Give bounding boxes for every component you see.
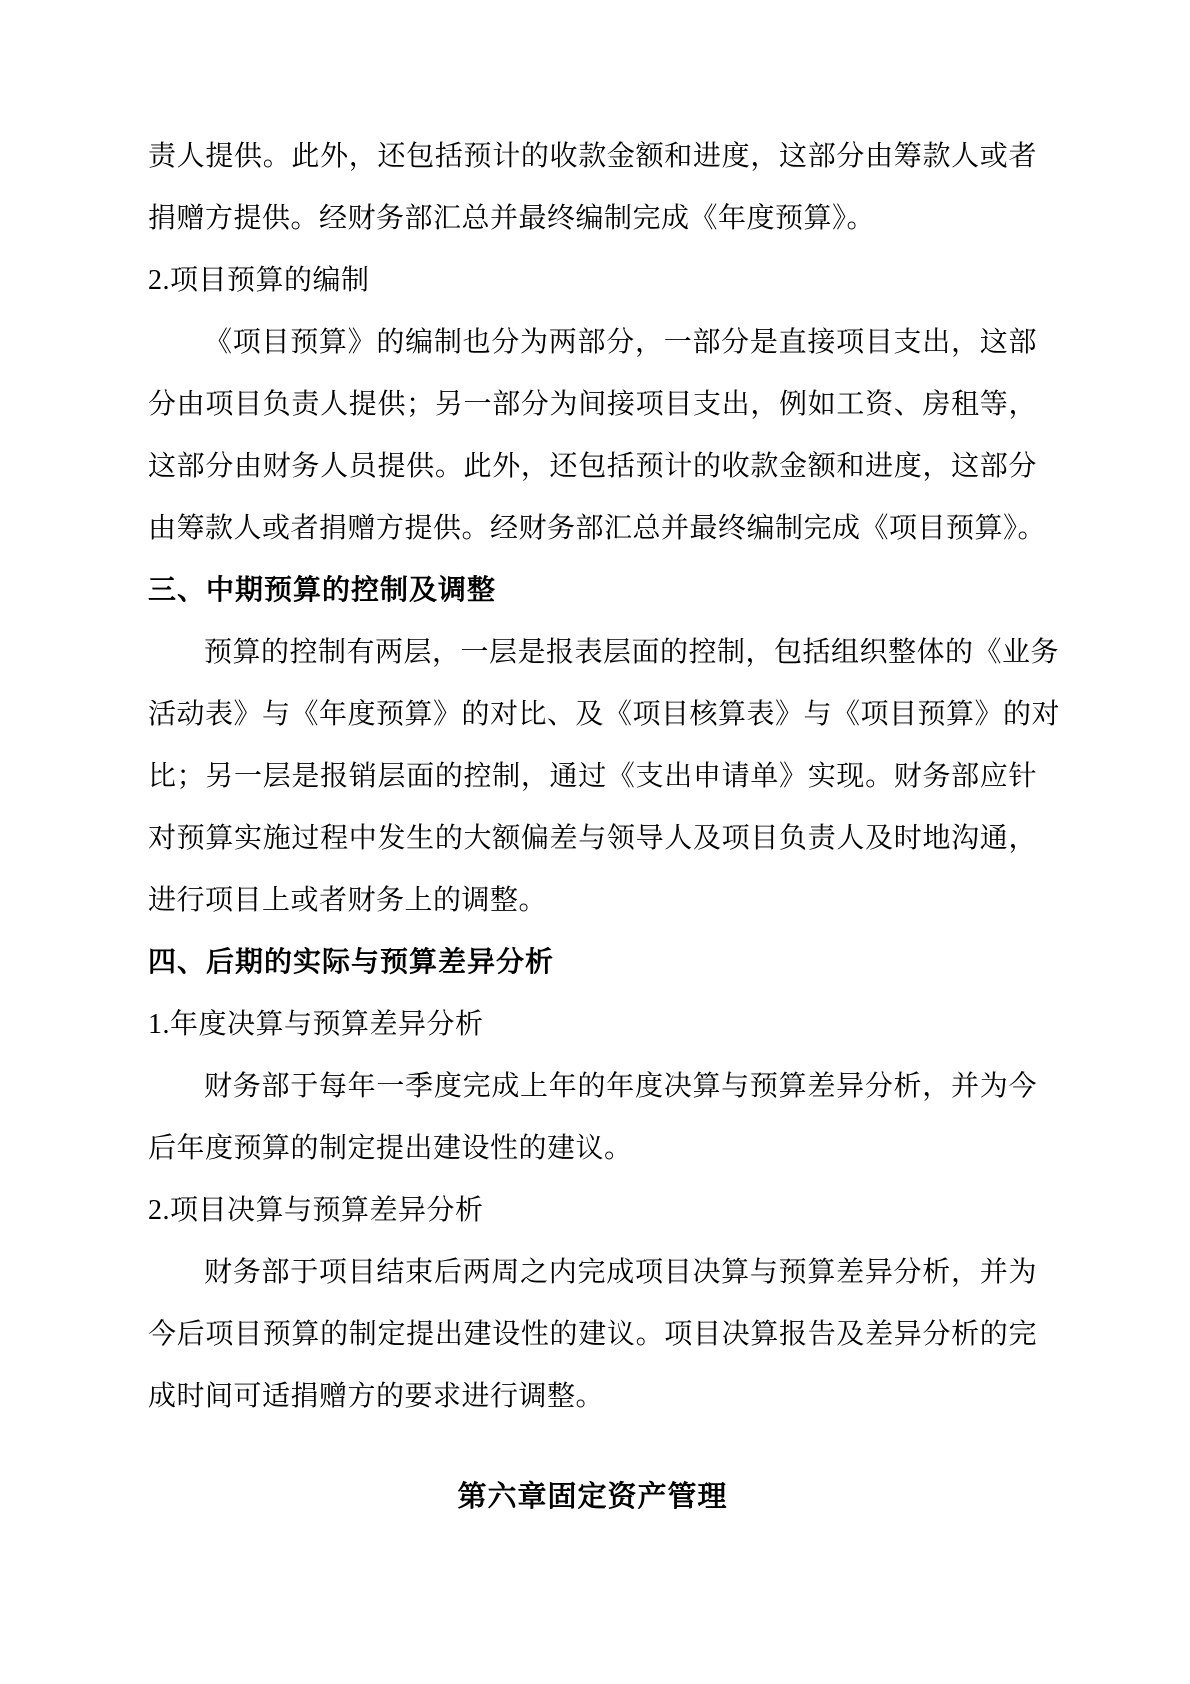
text-line: 预算的控制有两层，一层是报表层面的控制，包括组织整体的《业务 <box>148 622 1037 684</box>
text-line: 成时间可适捐赠方的要求进行调整。 <box>148 1366 1037 1428</box>
text-line: 由筹款人或者捐赠方提供。经财务部汇总并最终编制完成《项目预算》。 <box>148 498 1037 560</box>
paragraph-lines: 责人提供。此外，还包括预计的收款金额和进度，这部分由筹款人或者捐赠方提供。经财务… <box>148 126 1037 1428</box>
text-line: 2.项目决算与预算差异分析 <box>148 1180 1037 1242</box>
document-page: 责人提供。此外，还包括预计的收款金额和进度，这部分由筹款人或者捐赠方提供。经财务… <box>0 0 1190 1684</box>
text-line: 《项目预算》的编制也分为两部分，一部分是直接项目支出，这部 <box>148 312 1037 374</box>
text-line: 捐赠方提供。经财务部汇总并最终编制完成《年度预算》。 <box>148 188 1037 250</box>
text-line: 责人提供。此外，还包括预计的收款金额和进度，这部分由筹款人或者 <box>148 126 1037 188</box>
text-line: 2.项目预算的编制 <box>148 250 1037 312</box>
text-line: 财务部于项目结束后两周之内完成项目决算与预算差异分析，并为 <box>148 1242 1037 1304</box>
text-line: 今后项目预算的制定提出建设性的建议。项目决算报告及差异分析的完 <box>148 1304 1037 1366</box>
text-line: 后年度预算的制定提出建设性的建议。 <box>148 1118 1037 1180</box>
document-body: 责人提供。此外，还包括预计的收款金额和进度，这部分由筹款人或者捐赠方提供。经财务… <box>148 126 1037 1528</box>
text-line: 分由项目负责人提供；另一部分为间接项目支出，例如工资、房租等， <box>148 374 1037 436</box>
text-line: 活动表》与《年度预算》的对比、及《项目核算表》与《项目预算》的对 <box>148 684 1037 746</box>
text-line: 这部分由财务人员提供。此外，还包括预计的收款金额和进度，这部分 <box>148 436 1037 498</box>
text-line: 进行项目上或者财务上的调整。 <box>148 870 1037 932</box>
text-line: 1.年度决算与预算差异分析 <box>148 994 1037 1056</box>
text-line: 比；另一层是报销层面的控制，通过《支出申请单》实现。财务部应针 <box>148 746 1037 808</box>
chapter-heading: 第六章固定资产管理 <box>148 1466 1037 1528</box>
text-line: 对预算实施过程中发生的大额偏差与领导人及项目负责人及时地沟通， <box>148 808 1037 870</box>
section-heading: 三、中期预算的控制及调整 <box>148 560 1037 622</box>
section-heading: 四、后期的实际与预算差异分析 <box>148 932 1037 994</box>
text-line: 财务部于每年一季度完成上年的年度决算与预算差异分析，并为今 <box>148 1056 1037 1118</box>
